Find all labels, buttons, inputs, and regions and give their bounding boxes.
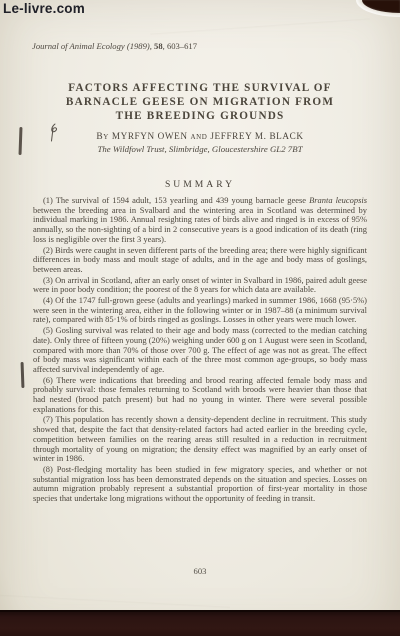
summary-heading: SUMMARY <box>0 179 400 190</box>
summary-point-1: (1) The survival of 1594 adult, 153 year… <box>33 196 367 245</box>
page-number: 603 <box>0 566 400 576</box>
summary-point-7: (7) This population has recently shown a… <box>33 415 367 464</box>
journal-pages: , 603–617 <box>163 41 197 51</box>
summary-point-4: (4) Of the 1747 full-grown geese (adults… <box>33 296 367 325</box>
page-corner-shadow <box>362 0 400 13</box>
summary-point-2: (2) Birds were caught in seven different… <box>33 246 367 275</box>
byline-author2: JEFFREY M. BLACK <box>210 131 303 141</box>
journal-citation: Journal of Animal Ecology (1989), 58, 60… <box>32 41 197 51</box>
article-title-line3: THE BREEDING GROUNDS <box>40 109 360 123</box>
summary-point-3: (3) On arrival in Scotland, after an ear… <box>33 276 367 295</box>
journal-volume: 58 <box>154 41 163 51</box>
bookseller-watermark: Le-livre.com <box>3 1 85 16</box>
author-affiliation: The Wildfowl Trust, Slimbridge, Gloucest… <box>20 144 380 154</box>
bottom-scan-band <box>0 610 400 636</box>
byline-and: and <box>190 132 207 142</box>
journal-name-year: Journal of Animal Ecology (1989), <box>32 41 154 51</box>
species-name: Branta leucopsis <box>309 195 367 205</box>
scanned-page: Le-livre.com Journal of Animal Ecology (… <box>0 0 400 636</box>
paper-crease <box>150 18 370 35</box>
article-title-line2: BARNACLE GEESE ON MIGRATION FROM <box>40 95 360 109</box>
byline: By MYRFYN OWEN and JEFFREY M. BLACK <box>20 131 380 142</box>
pen-mark-scan-artifact <box>21 362 25 388</box>
summary-point-5: (5) Gosling survival was related to thei… <box>33 326 367 375</box>
paper-crease <box>0 593 230 609</box>
byline-by: By <box>96 132 109 142</box>
summary-point-1-text-cont: between the breeding area in Svalbard an… <box>33 205 367 244</box>
summary-point-6: (6) There were indications that breeding… <box>33 376 367 415</box>
byline-author1: MYRFYN OWEN <box>112 131 188 141</box>
article-title-line1: FACTORS AFFECTING THE SURVIVAL OF <box>40 81 360 95</box>
summary-point-1-text: (1) The survival of 1594 adult, 153 year… <box>43 195 309 205</box>
summary-body: (1) The survival of 1594 adult, 153 year… <box>33 196 367 505</box>
article-title: FACTORS AFFECTING THE SURVIVAL OF BARNAC… <box>40 81 360 123</box>
summary-point-8: (8) Post-fledging mortality has been stu… <box>33 465 367 504</box>
